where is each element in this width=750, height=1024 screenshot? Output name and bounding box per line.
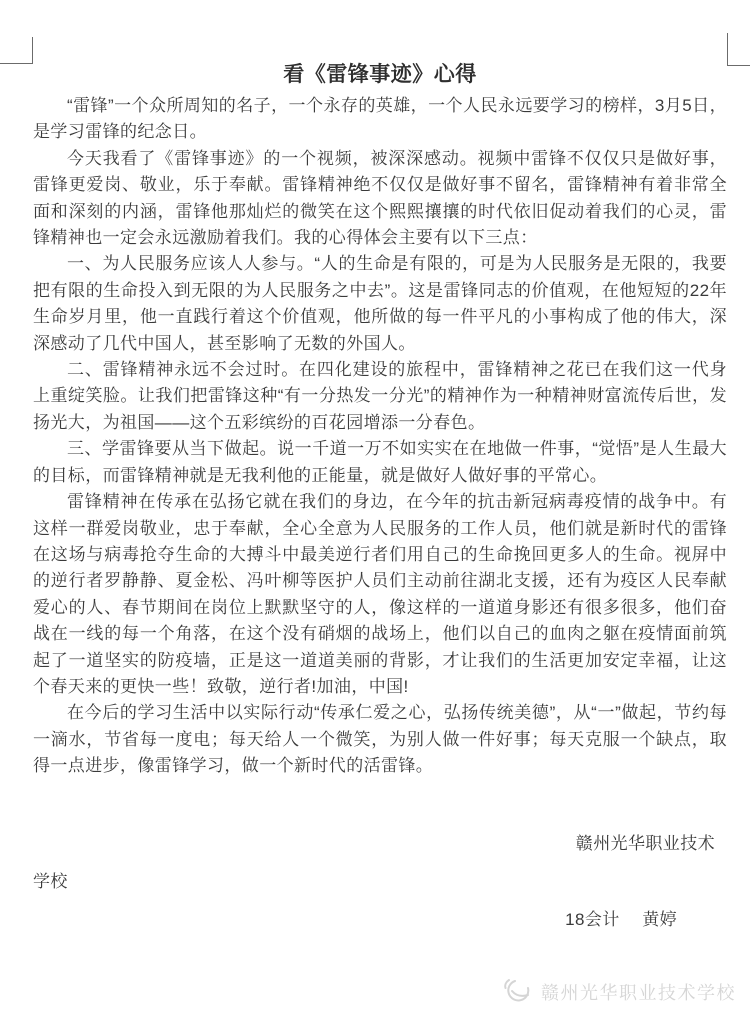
- school-logo-icon: [500, 976, 536, 1008]
- footer-watermark-text: 赣州光华职业技术学校: [541, 979, 736, 1005]
- document-content: 看《雷锋事迹》心得 “雷锋”一个众所周知的名子，一个永存的英雄，一个人民永远要学…: [0, 0, 750, 934]
- signature-school-line-1: 赣州光华职业技术: [33, 830, 727, 858]
- signature-block: 赣州光华职业技术 学校 18会计 黄婷: [33, 830, 727, 934]
- page-title: 看《雷锋事迹》心得: [33, 62, 727, 88]
- document-page: 看《雷锋事迹》心得 “雷锋”一个众所周知的名子，一个永存的英雄，一个人民永远要学…: [0, 0, 750, 1024]
- essay-paragraph-overview: 今天我看了《雷锋事迹》的一个视频，被深深感动。视频中雷锋不仅仅只是做好事，雷锋更…: [33, 146, 727, 252]
- footer-watermark: 赣州光华职业技术学校: [500, 976, 736, 1008]
- essay-paragraph-conclusion: 在今后的学习生活中以实际行动“传承仁爱之心，弘扬传统美德”，从“一”做起，节约每…: [33, 700, 727, 779]
- essay-body: “雷锋”一个众所周知的名子，一个永存的英雄，一个人民永远要学习的榜样，3月5日，…: [33, 93, 727, 780]
- essay-paragraph-point-1: 一、为人民服务应该人人参与。“人的生命是有限的，可是为人民服务是无限的，我要把有…: [33, 251, 727, 357]
- essay-paragraph-pandemic: 雷锋精神在传承在弘扬它就在我们的身边，在今年的抗击新冠病毒疫情的战争中。有这样一…: [33, 489, 727, 700]
- essay-paragraph-point-2: 二、雷锋精神永远不会过时。在四化建设的旅程中，雷锋精神之花已在我们这一代身上重绽…: [33, 357, 727, 436]
- signature-school-line-2: 学校: [33, 868, 727, 896]
- essay-paragraph-point-3: 三、学雷锋要从当下做起。说一千道一万不如实实在在地做一件事，“觉悟”是人生最大的…: [33, 436, 727, 489]
- signature-class-and-name: 18会计 黄婷: [33, 906, 727, 934]
- essay-paragraph-intro: “雷锋”一个众所周知的名子，一个永存的英雄，一个人民永远要学习的榜样，3月5日，…: [33, 93, 727, 146]
